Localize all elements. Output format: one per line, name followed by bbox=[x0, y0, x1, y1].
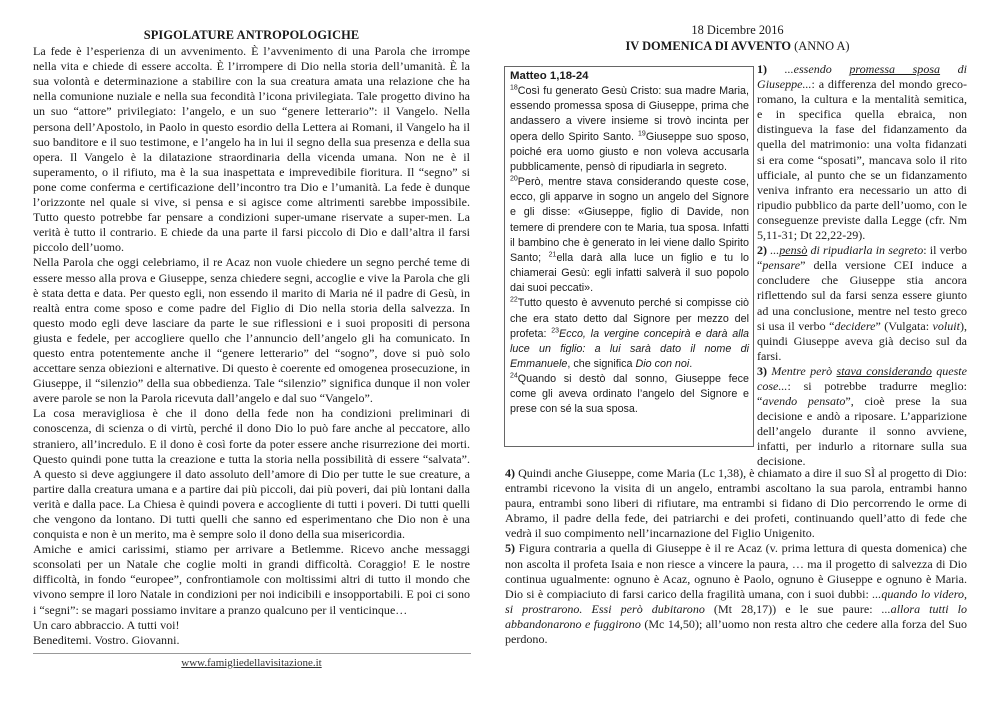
right-header: 18 Dicembre 2016 IV DOMENICA DI AVVENTO … bbox=[505, 22, 970, 54]
verse-number: 19 bbox=[638, 130, 646, 137]
gospel-reference: Matteo 1,18-24 bbox=[510, 69, 749, 84]
verse-text: , che significa bbox=[567, 358, 635, 370]
paragraph: La fede è l’esperienza di un avvenimento… bbox=[33, 44, 470, 255]
note-number: 2) bbox=[757, 243, 767, 257]
note-number: 1) bbox=[757, 62, 767, 76]
note-number: 5) bbox=[505, 541, 515, 555]
note-quote: di ripudiarla in segreto bbox=[807, 243, 923, 257]
gospel-verses: 20Però, mentre stava considerando queste… bbox=[510, 175, 749, 296]
paragraph: La cosa meravigliosa è che il dono della… bbox=[33, 406, 470, 542]
verse-text-italic: Dio con noi bbox=[636, 358, 690, 370]
note-italic: decidere bbox=[834, 319, 875, 333]
note-4: 4) Quindi anche Giuseppe, come Maria (Lc… bbox=[505, 466, 967, 541]
notes-bottom: 4) Quindi anche Giuseppe, come Maria (Lc… bbox=[505, 466, 967, 647]
gospel-verses: 18Così fu generato Gesù Cristo: sua madr… bbox=[510, 84, 749, 175]
note-quote-underlined: pensò bbox=[779, 243, 807, 257]
note-2: 2) ...pensò di ripudiarla in segreto: il… bbox=[757, 243, 967, 364]
note-1: 1) ...essendo promessa sposa di Giuseppe… bbox=[757, 62, 967, 243]
verse-number: 22 bbox=[510, 297, 518, 304]
note-text: : a differenza del mondo greco-romano, l… bbox=[757, 77, 967, 242]
note-quote-underlined: promessa sposa bbox=[849, 62, 940, 76]
left-column: SPIGOLATURE ANTROPOLOGICHE La fede è l’e… bbox=[33, 28, 470, 671]
date: 18 Dicembre 2016 bbox=[505, 22, 970, 38]
paragraph: Nella Parola che oggi celebriamo, il re … bbox=[33, 255, 470, 406]
liturgy-title: IV DOMENICA DI AVVENTO (ANNO A) bbox=[505, 38, 970, 54]
note-number: 4) bbox=[505, 466, 515, 480]
verse-text: Però, mentre stava considerando queste c… bbox=[510, 176, 749, 264]
note-quote: ...essendo bbox=[767, 62, 849, 76]
verse-number: 24 bbox=[510, 373, 518, 380]
note-quote-underlined: stava considerando bbox=[837, 364, 932, 378]
verse-number: 20 bbox=[510, 176, 518, 183]
divider bbox=[33, 653, 471, 654]
note-number: 3) bbox=[757, 364, 767, 378]
gospel-verses: 22Tutto questo è avvenuto perché si comp… bbox=[510, 296, 749, 372]
website-link[interactable]: www.famigliedellavisitazione.it bbox=[33, 656, 470, 671]
verse-number: 18 bbox=[510, 85, 518, 92]
note-text: Quindi anche Giuseppe, come Maria (Lc 1,… bbox=[505, 466, 967, 540]
note-5: 5) Figura contraria a quella di Giuseppe… bbox=[505, 541, 967, 647]
note-quote: Mentre però bbox=[767, 364, 836, 378]
closing-line: Un caro abbraccio. A tutti voi! bbox=[33, 618, 470, 633]
signature: Beneditemi. Vostro. Giovanni. bbox=[33, 633, 470, 648]
note-italic: voluit bbox=[933, 319, 960, 333]
note-text: (Mt 28,17)) e le sue paure: bbox=[705, 602, 882, 616]
note-italic: pensare bbox=[762, 258, 800, 272]
note-text: ” (Vulgata: bbox=[875, 319, 932, 333]
note-quote: ... bbox=[767, 243, 779, 257]
note-italic: avendo pensato bbox=[762, 394, 845, 408]
notes-column: 1) ...essendo promessa sposa di Giuseppe… bbox=[757, 62, 967, 470]
gospel-box: Matteo 1,18-24 18Così fu generato Gesù C… bbox=[504, 66, 754, 447]
verse-number: 23 bbox=[551, 327, 559, 334]
section-title: SPIGOLATURE ANTROPOLOGICHE bbox=[33, 28, 470, 43]
verse-text: . bbox=[689, 358, 692, 370]
note-3: 3) Mentre però stava considerando queste… bbox=[757, 364, 967, 470]
verse-text: Quando si destò dal sonno, Giuseppe fece… bbox=[510, 373, 749, 415]
liturgy-year: (ANNO A) bbox=[791, 39, 850, 53]
paragraph: Amiche e amici carissimi, stiamo per arr… bbox=[33, 542, 470, 617]
liturgy-title-bold: IV DOMENICA DI AVVENTO bbox=[625, 39, 791, 53]
gospel-verses: 24Quando si destò dal sonno, Giuseppe fe… bbox=[510, 372, 749, 417]
